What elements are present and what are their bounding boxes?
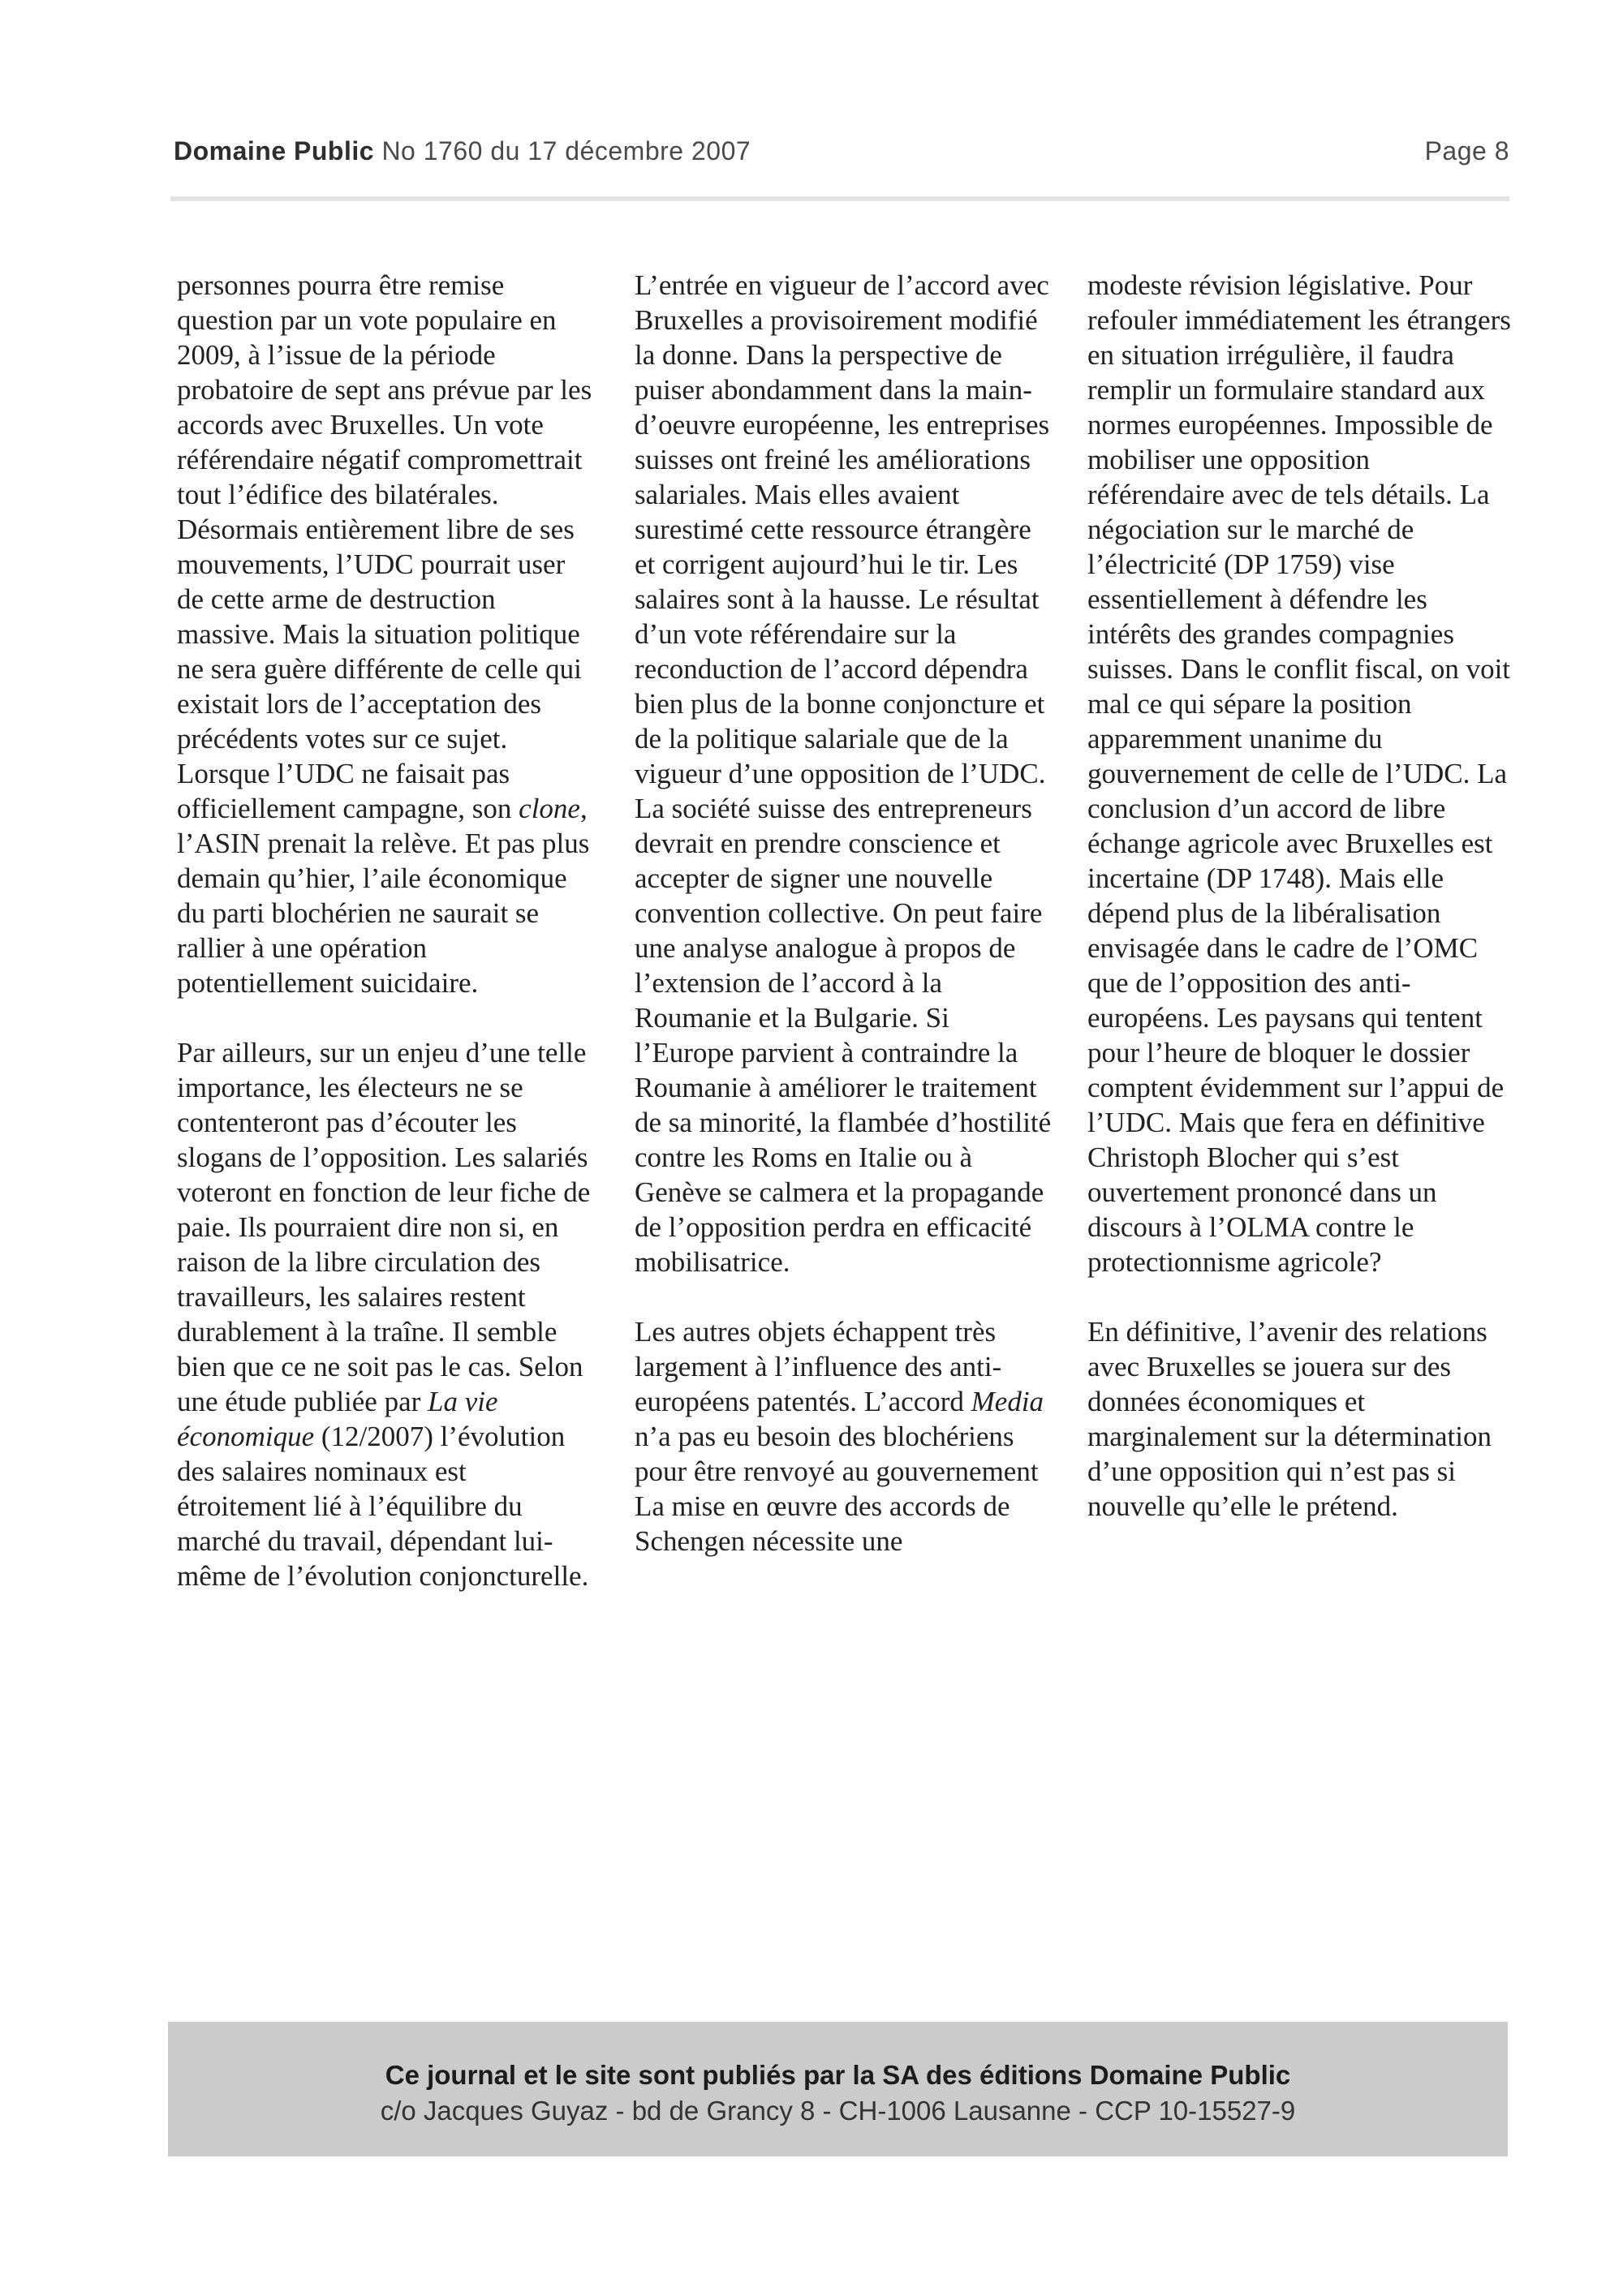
page-number: Page 8: [1425, 136, 1509, 166]
publication-title: Domaine Public: [174, 136, 374, 166]
paragraph: Les autres objets échappent très largeme…: [635, 1314, 1053, 1559]
footer-address-line: c/o Jacques Guyaz - bd de Grancy 8 - CH-…: [168, 2093, 1508, 2129]
paragraph: personnes pourra être remise question pa…: [177, 268, 596, 1000]
header-left: Domaine Public No 1760 du 17 décembre 20…: [174, 136, 751, 166]
paragraph: modeste révision législative. Pour refou…: [1087, 268, 1511, 1279]
paragraph: L’entrée en vigueur de l’accord avec Bru…: [635, 268, 1053, 1279]
page-header: Domaine Public No 1760 du 17 décembre 20…: [174, 136, 1509, 166]
publisher-footer: Ce journal et le site sont publiés par l…: [168, 2022, 1508, 2156]
text-column-3: modeste révision législative. Pour refou…: [1087, 268, 1511, 1524]
header-divider: [170, 196, 1509, 201]
text-column-2: L’entrée en vigueur de l’accord avec Bru…: [635, 268, 1053, 1559]
footer-publisher-line: Ce journal et le site sont publiés par l…: [168, 2057, 1508, 2093]
text-column-1: personnes pourra être remise question pa…: [177, 268, 596, 1593]
paragraph: En définitive, l’avenir des relations av…: [1087, 1314, 1511, 1524]
issue-info: No 1760 du 17 décembre 2007: [374, 136, 751, 166]
paragraph: Par ailleurs, sur un enjeu d’une telle i…: [177, 1035, 596, 1593]
